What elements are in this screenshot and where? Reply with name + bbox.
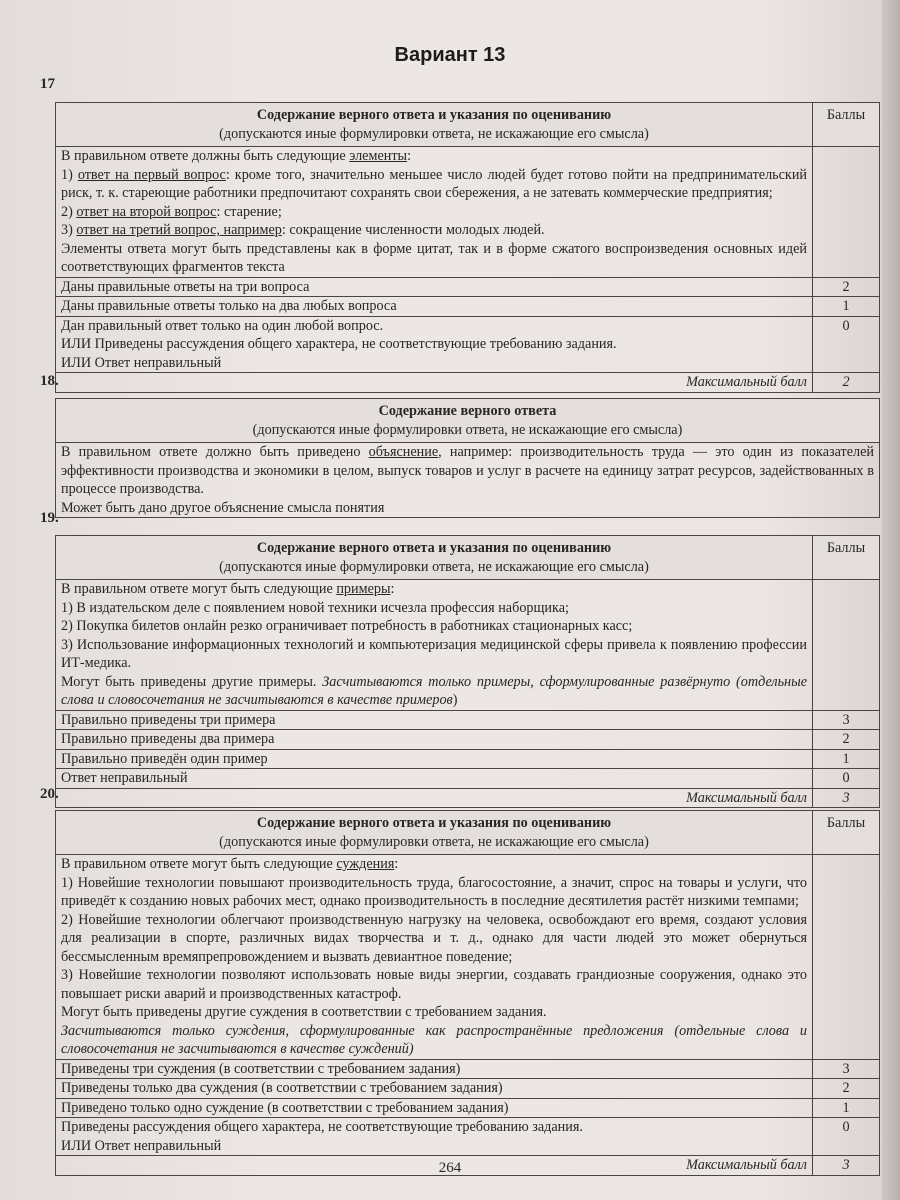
max-score-row: Максимальный балл3 bbox=[56, 788, 880, 808]
table-row: Правильно приведён один пример1 bbox=[56, 749, 880, 769]
table-row: Правильно приведены два примера2 bbox=[56, 730, 880, 750]
header-content: Содержание верного ответа и указания по … bbox=[56, 103, 813, 147]
table-row: В правильном ответе должно быть приведен… bbox=[56, 443, 880, 518]
max-score-row: Максимальный балл2 bbox=[56, 373, 880, 393]
answer-table-19: Содержание верного ответа и указания по … bbox=[55, 535, 880, 808]
table-header: Содержание верного ответа и указания по … bbox=[56, 103, 880, 147]
question-number-20: 20. bbox=[40, 786, 59, 803]
page-number: 264 bbox=[0, 1160, 900, 1177]
table-row: Приведено только одно суждение (в соотве… bbox=[56, 1098, 880, 1118]
table-header: Содержание верного ответа и указания по … bbox=[56, 811, 880, 855]
answer-table-17: Содержание верного ответа и указания по … bbox=[55, 102, 880, 393]
table-row: Приведены рассуждения общего характера, … bbox=[56, 1118, 880, 1156]
question-number-18: 18. bbox=[40, 373, 59, 390]
question-number-17: 17 bbox=[40, 76, 55, 93]
table-row: Даны правильные ответы на три вопроса2 bbox=[56, 277, 880, 297]
page-edge bbox=[882, 0, 900, 1200]
page-title: Вариант 13 bbox=[0, 44, 900, 67]
table-row: Ответ неправильный0 bbox=[56, 769, 880, 789]
table-header: Содержание верного ответа и указания по … bbox=[56, 536, 880, 580]
table-row: Дан правильный ответ только на один любо… bbox=[56, 316, 880, 373]
table-row: Правильно приведены три примера3 bbox=[56, 710, 880, 730]
answer-content: В правильном ответе должны быть следующи… bbox=[56, 147, 813, 278]
table-header: Содержание верного ответа(допускаются ин… bbox=[56, 399, 880, 443]
header-points: Баллы bbox=[813, 103, 880, 147]
answer-table-20: Содержание верного ответа и указания по … bbox=[55, 810, 880, 1176]
table-row: Даны правильные ответы только на два люб… bbox=[56, 297, 880, 317]
table-row: В правильном ответе должны быть следующи… bbox=[56, 147, 880, 278]
header-content: Содержание верного ответа(допускаются ин… bbox=[56, 399, 880, 443]
question-number-19: 19. bbox=[40, 510, 59, 527]
table-row: В правильном ответе могут быть следующие… bbox=[56, 580, 880, 711]
table-row: Приведены только два суждения (в соответ… bbox=[56, 1079, 880, 1099]
table-row: Приведены три суждения (в соответствии с… bbox=[56, 1059, 880, 1079]
answer-table-18: Содержание верного ответа(допускаются ин… bbox=[55, 398, 880, 518]
table-row: В правильном ответе могут быть следующие… bbox=[56, 855, 880, 1060]
